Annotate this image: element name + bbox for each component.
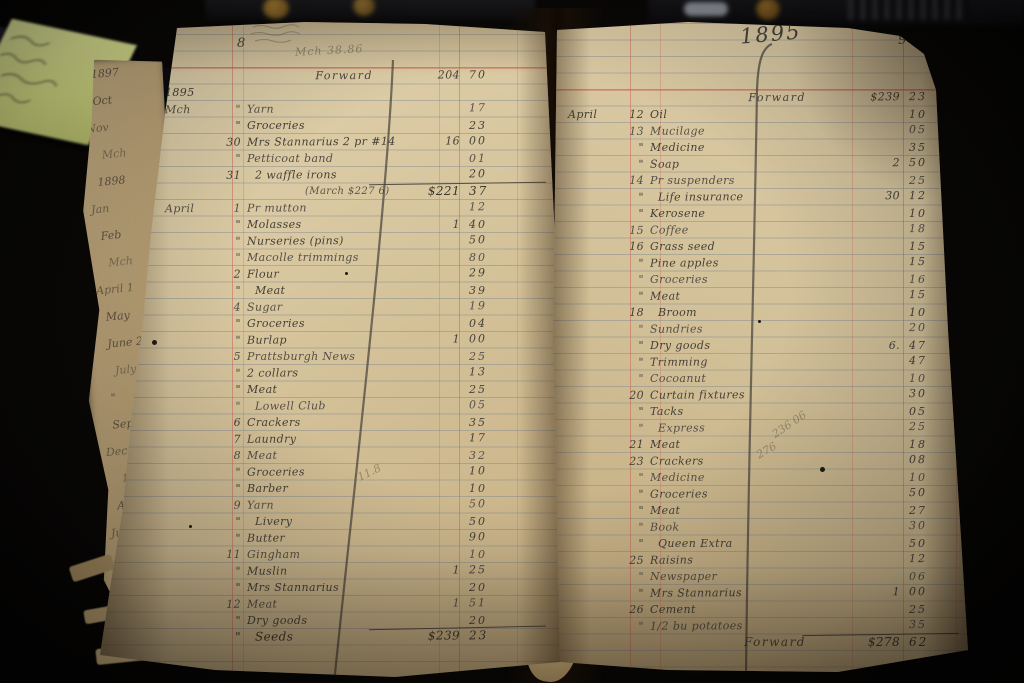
row-amount: 15 [848, 254, 973, 271]
amount-dollars [415, 580, 460, 597]
ledger-row: "2 collars13 [165, 364, 560, 383]
row-month [165, 498, 211, 515]
ledger-row: Forward20470 [165, 67, 560, 86]
ledger-row: "Medicine35 [568, 140, 973, 157]
row-month [568, 454, 614, 471]
row-month [568, 289, 614, 306]
amount-cents: 50 [900, 536, 973, 553]
row-day: " [211, 217, 247, 234]
ledger-row: "Cocoanut10 [568, 371, 973, 388]
row-month [165, 333, 211, 350]
row-month [165, 168, 211, 185]
ledger-row: 20Curtain fixtures30 [568, 386, 973, 405]
amount-cents: 18 [900, 437, 973, 454]
amount-cents: 35 [460, 415, 560, 432]
row-description: Meat [247, 283, 415, 300]
row-description: Kerosene [650, 206, 848, 223]
amount-dollars [848, 503, 900, 520]
ledger-entries-right: Forward$23923April12Oil1013Mucilage05"Me… [548, 90, 973, 651]
row-description: (March $227 6) [247, 184, 415, 201]
amount-cents: 05 [900, 404, 973, 421]
ledger-row: "Dry goods6.47 [568, 338, 973, 355]
row-amount: 20 [415, 166, 560, 183]
row-description: Livery [247, 514, 415, 531]
amount-dollars [415, 397, 460, 414]
row-amount: $22137 [415, 184, 560, 201]
amount-cents: 51 [460, 595, 560, 612]
row-description: 1/2 bu potatoes [650, 618, 848, 636]
row-day: " [211, 366, 247, 383]
row-amount: 19 [415, 298, 560, 315]
ledger-row: "Medicine10 [568, 470, 973, 487]
row-amount: 20470 [415, 67, 560, 84]
amount-dollars [415, 514, 460, 531]
page-number: 8 [237, 36, 245, 51]
row-description: Butter [247, 530, 415, 548]
row-month [568, 371, 614, 388]
row-amount: 250 [848, 155, 973, 172]
row-day: 7 [211, 432, 247, 449]
row-description: Cement [650, 602, 848, 619]
row-month [165, 267, 211, 284]
row-month [568, 305, 614, 322]
row-day: " [211, 481, 247, 498]
amount-cents: 01 [460, 151, 560, 168]
row-day: 18 [614, 305, 650, 322]
amount-dollars [848, 485, 900, 502]
row-month [165, 135, 211, 152]
amount-cents: 25 [900, 173, 973, 190]
row-amount: 25 [415, 382, 560, 399]
row-description: Groceries [247, 464, 415, 482]
row-description: Pine apples [650, 255, 848, 273]
row-description: Lowell Club [247, 398, 415, 416]
row-day: " [211, 613, 247, 630]
row-amount: 17 [415, 100, 560, 117]
ledger-row: 12Meat151 [165, 595, 560, 614]
row-day: 13 [614, 124, 650, 141]
row-amount: 100 [848, 584, 973, 601]
amount-dollars [848, 305, 900, 322]
amount-cents: 30 [900, 386, 973, 403]
row-month [165, 547, 211, 564]
row-day: 12 [211, 597, 247, 614]
row-month [568, 355, 614, 372]
amount-dollars [848, 551, 900, 568]
amount-dollars [848, 470, 900, 487]
left-page: 8 Mch 38.86 Forward204701895Mch"Yarn17"G… [95, 22, 560, 683]
amount-cents: 90 [460, 529, 560, 546]
row-day: 5 [211, 349, 247, 366]
ledger-row: "Queen Extra50 [568, 536, 973, 553]
ledger-row: "Macolle trimmings80 [165, 250, 560, 267]
amount-cents: 25 [460, 562, 560, 579]
amount-dollars [415, 118, 460, 135]
row-day: " [211, 630, 247, 647]
row-amount: 47 [848, 353, 973, 370]
amount-dollars [415, 151, 460, 168]
row-day: " [211, 564, 247, 581]
row-day: " [211, 580, 247, 597]
row-description: Groceries [650, 486, 848, 504]
row-month [568, 157, 614, 174]
amount-dollars [415, 283, 460, 300]
row-month [568, 586, 614, 603]
ledger-row: "Trimming47 [568, 353, 973, 372]
ink-speck [345, 272, 348, 275]
row-month [568, 569, 614, 586]
row-month [568, 388, 614, 405]
amount-dollars [848, 386, 900, 403]
ledger-row: "Meat39 [165, 283, 560, 300]
row-amount: 10 [415, 481, 560, 498]
row-amount: 10 [848, 371, 973, 388]
row-month [568, 223, 614, 240]
amount-dollars [848, 239, 900, 256]
row-month [165, 349, 211, 366]
row-month: April [568, 107, 614, 124]
amount-dollars [848, 140, 900, 157]
row-amount: 20 [415, 580, 560, 597]
row-day: 9 [211, 498, 247, 515]
row-day: " [211, 283, 247, 300]
row-description: Flour [247, 266, 415, 284]
amount-cents: 15 [900, 254, 973, 271]
row-day [614, 635, 650, 652]
row-day: " [614, 536, 650, 553]
row-amount: 50 [415, 514, 560, 531]
row-day: " [211, 234, 247, 251]
row-month [165, 613, 211, 630]
amount-cents: 10 [460, 463, 560, 480]
ledger-row: 30Mrs Stannarius 2 pr #141600 [165, 133, 560, 152]
row-amount: 125 [415, 562, 560, 579]
amount-dollars [848, 419, 900, 436]
row-month: April [165, 201, 211, 218]
amount-dollars [848, 272, 900, 289]
row-day: " [614, 586, 650, 603]
row-amount: 32 [415, 448, 560, 465]
amount-dollars: 1 [848, 584, 900, 601]
row-month [568, 91, 614, 108]
row-description: Yarn [247, 497, 415, 515]
row-amount: 08 [848, 452, 973, 469]
ledger-row: "Groceries23 [165, 118, 560, 135]
row-description: Meat [650, 288, 848, 306]
amount-dollars [415, 430, 460, 447]
row-amount: 30 [848, 518, 973, 535]
row-month [165, 217, 211, 234]
amount-cents: 50 [460, 496, 560, 513]
row-description: Express [650, 420, 848, 438]
amount-cents: 30 [900, 518, 973, 535]
row-amount: 25 [848, 602, 973, 619]
ledger-row: Forward$27862 [568, 635, 973, 652]
ink-speck [820, 467, 825, 472]
row-day: " [614, 272, 650, 289]
row-month [568, 619, 614, 636]
ledger-row: "Soap250 [568, 155, 973, 174]
ledger-row: "Groceries04 [165, 316, 560, 333]
amount-cents: 25 [460, 349, 560, 366]
ledger-book: 1897OctNovMch1898JanFebMchApril 1MayJune… [0, 0, 1024, 683]
row-day: " [614, 289, 650, 306]
ledger-row: "Muslin125 [165, 562, 560, 581]
row-day: " [614, 404, 650, 421]
row-month [165, 580, 211, 597]
row-description: Forward [650, 90, 848, 108]
row-description: Cocoanut [650, 371, 848, 388]
amount-dollars [415, 448, 460, 465]
ledger-row: "Lowell Club05 [165, 397, 560, 416]
amount-cents: 80 [460, 250, 560, 267]
amount-dollars: 2 [848, 155, 900, 172]
row-day: 1 [211, 201, 247, 218]
ledger-row: "Livery50 [165, 514, 560, 531]
amount-cents: 16 [900, 272, 973, 289]
row-amount: 35 [848, 140, 973, 157]
row-description: Meat [247, 382, 415, 399]
row-amount: 50 [848, 536, 973, 553]
amount-dollars [415, 481, 460, 498]
ledger-row: 6Crackers35 [165, 415, 560, 432]
ledger-row: 11Gingham10 [165, 547, 560, 564]
ink-speck [152, 340, 157, 345]
ink-speck [758, 320, 761, 323]
amount-cents [460, 85, 560, 102]
amount-dollars: $278 [848, 635, 900, 652]
row-month [165, 531, 211, 548]
row-month [568, 487, 614, 504]
amount-dollars [848, 569, 900, 586]
row-month [568, 470, 614, 487]
row-day: " [211, 465, 247, 482]
row-month [165, 118, 211, 135]
row-amount: 20 [848, 320, 973, 337]
amount-dollars [415, 166, 460, 183]
row-amount: 3012 [848, 188, 973, 205]
row-amount: 12 [415, 199, 560, 216]
row-month [165, 234, 211, 251]
ledger-row: "Newspaper06 [568, 569, 973, 586]
row-amount: 151 [415, 595, 560, 612]
amount-dollars: 1 [415, 217, 460, 234]
ink-speck [189, 525, 192, 528]
row-description: Groceries [650, 272, 848, 289]
row-day: 20 [614, 388, 650, 405]
row-description: Gingham [247, 547, 415, 564]
ledger-row: "Mrs Stannarius20 [165, 580, 560, 597]
row-amount: 05 [848, 404, 973, 421]
amount-cents: 40 [460, 217, 560, 234]
amount-cents: 39 [460, 283, 560, 300]
amount-cents: 08 [900, 452, 973, 469]
row-description: Forward [650, 635, 848, 652]
row-amount: 23 [415, 118, 560, 135]
amount-cents: 12 [460, 199, 560, 216]
row-description: Meat [650, 503, 848, 520]
row-day: 6 [211, 415, 247, 432]
amount-dollars [848, 353, 900, 370]
row-amount: 35 [415, 415, 560, 432]
row-amount: 140 [415, 217, 560, 234]
row-amount: 10 [415, 463, 560, 480]
row-description: Groceries [247, 316, 415, 333]
row-day: " [614, 322, 650, 339]
amount-dollars [415, 496, 460, 513]
row-day: " [614, 487, 650, 504]
amount-dollars [848, 287, 900, 304]
row-day: 14 [614, 173, 650, 190]
row-month [568, 437, 614, 454]
ledger-row: 13Mucilage05 [568, 122, 973, 141]
ledger-row: 9Yarn50 [165, 496, 560, 515]
amount-cents: 25 [460, 382, 560, 399]
row-amount: 10 [848, 470, 973, 487]
row-amount: 35 [848, 617, 973, 634]
row-month [165, 69, 211, 86]
row-day: " [614, 338, 650, 355]
row-description: Yarn [247, 101, 415, 119]
row-description: Mrs Stannarius 2 pr #14 [247, 134, 415, 152]
amount-dollars [415, 100, 460, 117]
amount-cents: 23 [900, 89, 973, 106]
row-amount: 17 [415, 430, 560, 447]
row-day: 8 [211, 448, 247, 465]
row-description: Broom [650, 305, 848, 322]
row-day: " [614, 157, 650, 174]
row-month [568, 140, 614, 157]
row-description: Grass seed [650, 239, 848, 256]
row-description: Mrs Stannarius [247, 580, 415, 597]
ledger-row: 5Prattsburgh News25 [165, 349, 560, 366]
row-description: Crackers [247, 415, 415, 432]
row-amount: 30 [848, 386, 973, 403]
row-month [568, 206, 614, 223]
row-amount: 50 [415, 232, 560, 249]
amount-dollars: 16 [415, 133, 460, 150]
row-description: Trimming [650, 354, 848, 372]
row-month [568, 635, 614, 652]
amount-cents: 35 [900, 140, 973, 157]
row-amount: 29 [415, 265, 560, 282]
row-amount: $27862 [848, 635, 973, 652]
amount-dollars: 1 [415, 331, 460, 348]
amount-dollars [415, 298, 460, 315]
row-month [165, 630, 211, 647]
amount-cents: 27 [900, 503, 973, 520]
row-day: " [614, 140, 650, 157]
amount-cents: 50 [900, 155, 973, 172]
amount-dollars [415, 232, 460, 249]
amount-cents: 00 [460, 133, 560, 150]
row-day: " [614, 470, 650, 487]
row-month [165, 184, 211, 201]
ledger-row: "Pine apples15 [568, 254, 973, 273]
row-amount: 25 [848, 173, 973, 190]
row-day: 11 [211, 547, 247, 564]
amount-cents: 10 [460, 547, 560, 564]
ledger-row: 4Sugar19 [165, 298, 560, 317]
row-month [568, 520, 614, 537]
row-description: Nurseries (pins) [247, 233, 415, 251]
row-month [568, 256, 614, 273]
row-day: 21 [614, 437, 650, 454]
amount-dollars: $239 [848, 89, 900, 106]
amount-cents: 17 [460, 430, 560, 447]
row-amount: 04 [415, 316, 560, 333]
row-description: Pr mutton [247, 200, 415, 218]
row-amount: 13 [415, 364, 560, 381]
row-description: Raisins [650, 552, 848, 570]
row-month [568, 536, 614, 553]
amount-dollars [848, 371, 900, 388]
amount-cents: 18 [900, 221, 973, 238]
row-amount: 27 [848, 503, 973, 520]
amount-dollars [848, 404, 900, 421]
row-month [165, 432, 211, 449]
row-month [568, 190, 614, 207]
ledger-row: "Butter90 [165, 529, 560, 548]
row-day: " [614, 520, 650, 537]
row-month [165, 465, 211, 482]
ledger-row: Forward$23923 [568, 89, 973, 108]
amount-cents: 62 [900, 635, 973, 652]
amount-dollars [415, 463, 460, 480]
ledger-row: April12Oil10 [568, 107, 973, 124]
row-description: Newspaper [650, 569, 848, 586]
row-day: " [211, 118, 247, 135]
row-description: Coffee [650, 222, 848, 240]
amount-cents: 10 [900, 305, 973, 322]
amount-dollars [415, 415, 460, 432]
row-amount: 50 [848, 485, 973, 502]
row-month [568, 602, 614, 619]
amount-dollars [415, 349, 460, 366]
ledger-row: "Sundries20 [568, 320, 973, 339]
amount-dollars [848, 536, 900, 553]
row-amount: 25 [848, 419, 973, 436]
ledger-row: (March $227 6)$22137 [165, 184, 560, 201]
amount-cents: 25 [900, 602, 973, 619]
amount-dollars [415, 529, 460, 546]
amount-dollars [848, 221, 900, 238]
amount-cents: 23 [460, 628, 560, 645]
ledger-row: "Nurseries (pins)50 [165, 232, 560, 251]
row-description [247, 85, 415, 102]
row-description: Petticoat band [247, 151, 415, 168]
row-description: Curtain fixtures [650, 387, 848, 405]
row-amount: 10 [848, 206, 973, 223]
row-day: " [614, 190, 650, 207]
row-description: Meat [247, 596, 415, 614]
row-day [211, 69, 247, 86]
row-day: 25 [614, 553, 650, 570]
row-amount: 06 [848, 569, 973, 586]
row-amount: 05 [415, 397, 560, 414]
ledger-row: "Kerosene10 [568, 206, 973, 223]
row-description: Soap [650, 156, 848, 174]
row-month [165, 481, 211, 498]
row-day: " [211, 382, 247, 399]
row-day: " [614, 206, 650, 223]
ledger-row: "Meat15 [568, 287, 973, 306]
ledger-row: Mch"Yarn17 [165, 100, 560, 119]
row-amount: 12 [848, 551, 973, 568]
amount-dollars: 1 [415, 562, 460, 579]
amount-cents: 15 [900, 287, 973, 304]
amount-dollars: 6. [848, 338, 900, 355]
